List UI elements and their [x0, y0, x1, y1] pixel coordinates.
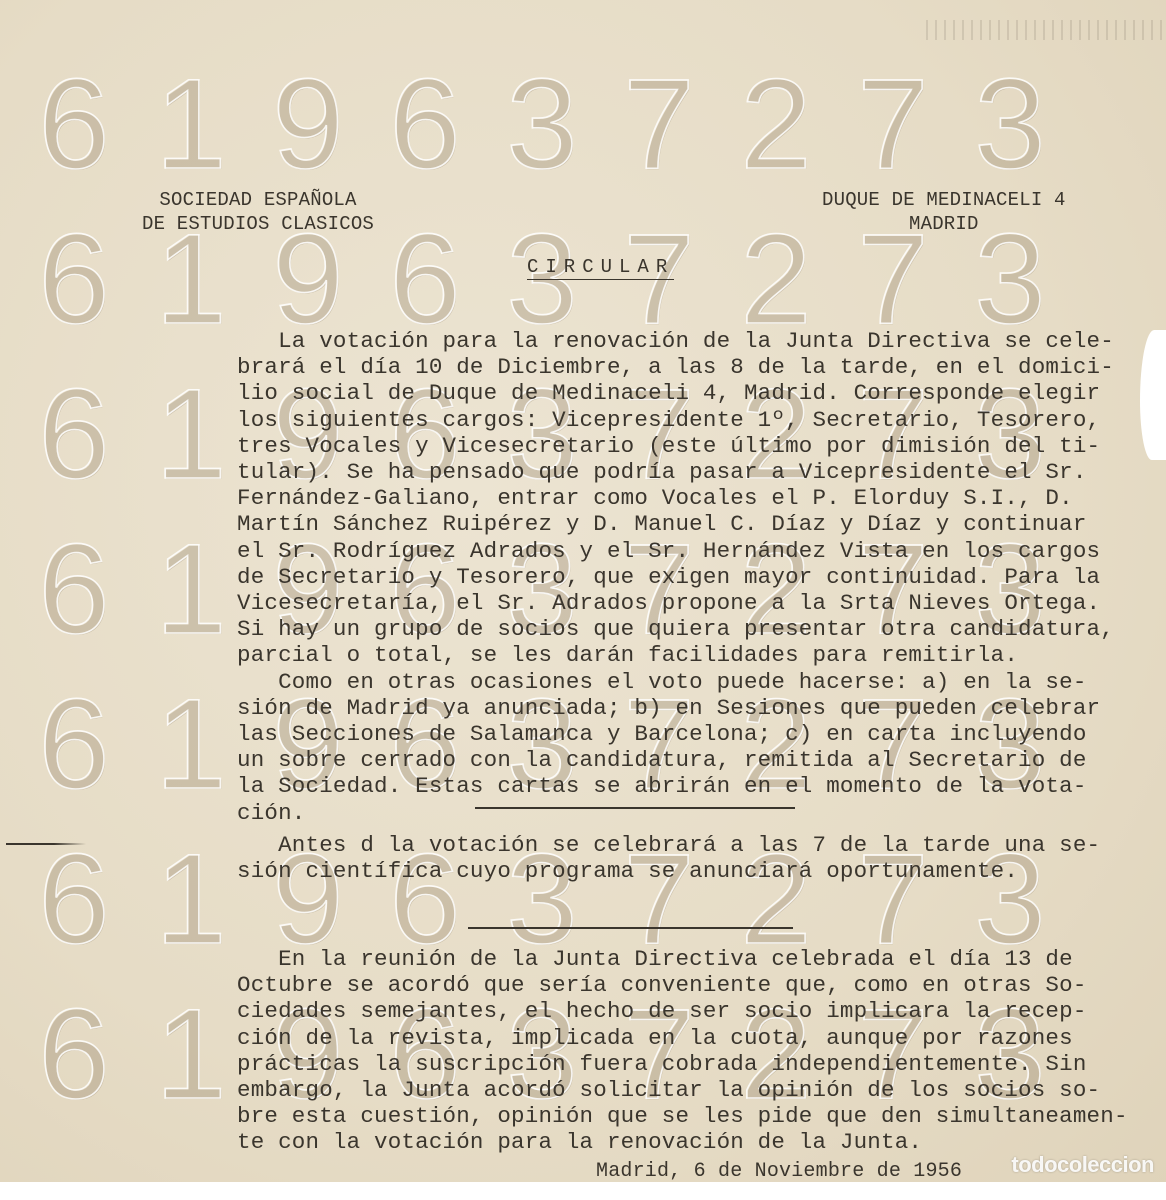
scanned-letter: 6196372736196372736196372736196372736196…	[0, 0, 1166, 1200]
watermark-digit: 1	[139, 525, 243, 655]
watermark-digit: 7	[607, 60, 711, 190]
watermark-digit: 6	[22, 990, 126, 1120]
text-line: tres Vocales y Vicesecretario (este últi…	[237, 433, 1114, 459]
watermark-digit: 2	[724, 60, 828, 190]
watermark-digit: 1	[139, 835, 243, 965]
watermark-digit: 9	[256, 60, 360, 190]
watermark-digit: 1	[139, 370, 243, 500]
site-logo: todocoleccion	[1011, 1152, 1154, 1178]
watermark-digit: 7	[841, 60, 945, 190]
address-city: MADRID	[909, 213, 979, 235]
text-line: Como en otras ocasiones el voto puede ha…	[237, 669, 1114, 695]
text-line: embargo, la Junta acordó solicitar la op…	[237, 1077, 1128, 1103]
text-line: brará el día 10 de Diciembre, a las 8 de…	[237, 354, 1114, 380]
watermark-digit: 6	[373, 60, 477, 190]
scan-border	[0, 1182, 1166, 1200]
text-line: la Sociedad. Estas cartas se abrirán en …	[237, 773, 1114, 799]
text-line: Octubre se acordó que sería conveniente …	[237, 972, 1128, 998]
text-line: ción de la revista, implicada en la cuot…	[237, 1025, 1128, 1051]
text-line: Martín Sánchez Ruipérez y D. Manuel C. D…	[237, 511, 1114, 537]
society-name-line2: DE ESTUDIOS CLASICOS	[142, 213, 374, 235]
text-line: las Secciones de Salamanca y Barcelona; …	[237, 721, 1114, 747]
text-line: prácticas la suscripción fuera cobrada i…	[237, 1051, 1128, 1077]
text-line: Fernández-Galiano, entrar como Vocales e…	[237, 485, 1114, 511]
text-line: ciedades semejantes, el hecho de ser soc…	[237, 998, 1128, 1024]
text-line: En la reunión de la Junta Directiva cele…	[237, 946, 1128, 972]
margin-mark	[6, 843, 86, 845]
paragraph-scientific-session: Antes d la votación se celebrará a las 7…	[237, 832, 1100, 884]
watermark-digit: 6	[22, 60, 126, 190]
letterhead-society: SOCIEDAD ESPAÑOLA DE ESTUDIOS CLASICOS	[142, 188, 374, 236]
separator-line	[475, 807, 795, 809]
watermark-row: 619637273	[22, 60, 1062, 190]
text-line: sión de Madrid ya anunciada; b) en Sesio…	[237, 695, 1114, 721]
text-line: el Sr. Rodríguez Adrados y el Sr. Hernán…	[237, 538, 1114, 564]
watermark-digit: 6	[22, 680, 126, 810]
text-line: los siguientes cargos: Vicepresidente 1º…	[237, 407, 1114, 433]
watermark-digit: 6	[22, 370, 126, 500]
separator-line	[468, 927, 793, 929]
watermark-digit: 7	[607, 215, 711, 345]
address-street: DUQUE DE MEDINACELI 4	[822, 189, 1066, 211]
text-line: te con la votación para la renovación de…	[237, 1129, 1128, 1155]
text-line: Antes d la votación se celebrará a las 7…	[237, 832, 1100, 858]
watermark-digit: 3	[490, 215, 594, 345]
text-line: un sobre cerrado con la candidatura, rem…	[237, 747, 1114, 773]
watermark-digit: 6	[373, 215, 477, 345]
watermark-digit: 6	[22, 835, 126, 965]
text-line: Vicesecretaría, el Sr. Adrados propone a…	[237, 590, 1114, 616]
text-line: La votación para la renovación de la Jun…	[237, 328, 1114, 354]
watermark-digit: 1	[139, 60, 243, 190]
society-name-line1: SOCIEDAD ESPAÑOLA	[159, 189, 356, 211]
text-line: Si hay un grupo de socios que quiera pre…	[237, 616, 1114, 642]
text-line: tular). Se ha pensado que podría pasar a…	[237, 459, 1114, 485]
watermark-digit: 1	[139, 990, 243, 1120]
text-line: ción.	[237, 800, 1114, 826]
text-line: bre esta cuestión, opinión que se les pi…	[237, 1103, 1128, 1129]
paragraph-journal-subscription: En la reunión de la Junta Directiva cele…	[237, 946, 1128, 1156]
watermark-digit: 6	[22, 525, 126, 655]
text-line: de Secretario y Tesorero, que exigen may…	[237, 564, 1114, 590]
watermark-digit: 2	[724, 215, 828, 345]
watermark-digit: 6	[22, 215, 126, 345]
text-line: parcial o total, se les darán facilidade…	[237, 642, 1114, 668]
paragraph-election: La votación para la renovación de la Jun…	[237, 328, 1114, 826]
text-line: lio social de Duque de Medinaceli 4, Mad…	[237, 380, 1114, 406]
watermark-digit: 1	[139, 680, 243, 810]
text-line: sión científica cuyo programa se anuncia…	[237, 858, 1100, 884]
torn-edge	[1140, 330, 1166, 460]
signature-date: Madrid, 6 de Noviembre de 1956	[596, 1160, 962, 1183]
ink-specks	[926, 20, 1166, 40]
watermark-digit: 3	[490, 60, 594, 190]
document-title: CIRCULAR	[527, 256, 674, 280]
letterhead-address: DUQUE DE MEDINACELI 4 MADRID	[822, 188, 1066, 236]
watermark-digit: 3	[958, 60, 1062, 190]
